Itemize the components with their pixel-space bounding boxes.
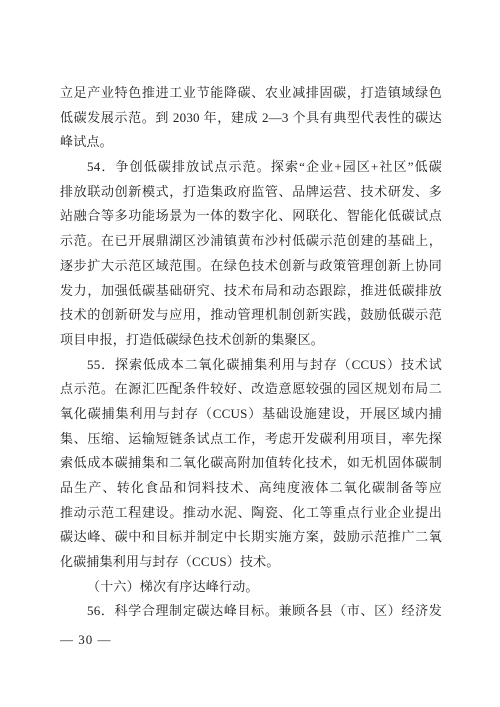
paragraph-line: 集、压缩、运输短链条试点工作，考虑开发碳利用项目，率先探	[60, 427, 442, 452]
item-56-first-line: 56．科学合理制定碳达峰目标。兼顾各县（市、区）经济发	[60, 599, 442, 624]
paragraph-line: 低碳发展示范。到 2030 年，建成 2—3 个具有典型代表性的碳达	[60, 106, 442, 131]
paragraph-line: 氧化碳捕集利用与封存（CCUS）基础设施建设，开展区域内捕	[60, 402, 442, 427]
paragraph-line: 索低成本碳捕集和二氧化碳高附加值转化技术，如无机固体碳制	[60, 451, 442, 476]
paragraph-line: 推动示范工程建设。推动水泥、陶瓷、化工等重点行业企业提出	[60, 501, 442, 526]
paragraph-line: 排放联动创新模式，打造集政府监管、品牌运营、技术研发、多	[60, 180, 442, 205]
paragraph-line: 峰试点。	[60, 130, 442, 155]
document-page: 立足产业特色推进工业节能降碳、农业减排固碳，打造镇域绿色 低碳发展示范。到 20…	[0, 0, 500, 707]
item-55-first-line: 55．探索低成本二氧化碳捕集利用与封存（CCUS）技术试	[60, 353, 442, 378]
paragraph-line: 站融合等多功能场景为一体的数字化、网联化、智能化低碳试点	[60, 204, 442, 229]
paragraph-line: 发力，加强低碳基础研究、技术布局和动态跟踪，推进低碳排放	[60, 279, 442, 304]
paragraph-line: 逐步扩大示范区域范围。在绿色技术创新与政策管理创新上协同	[60, 254, 442, 279]
section-heading-line: （十六）梯次有序达峰行动。	[60, 575, 442, 600]
paragraph-line: 技术的创新研发与应用，推动管理机制创新实践，鼓励低碳示范	[60, 303, 442, 328]
paragraph-line: 立足产业特色推进工业节能降碳、农业减排固碳，打造镇域绿色	[60, 81, 442, 106]
paragraph-line: 项目申报，打造低碳绿色技术创新的集聚区。	[60, 328, 442, 353]
paragraph-line: 化碳捕集利用与封存（CCUS）技术。	[60, 550, 442, 575]
paragraph-line: 品生产、转化食品和饲料技术、高纯度液体二氧化碳制备等应用，	[60, 476, 442, 501]
paragraph-line: 点示范。在源汇匹配条件较好、改造意愿较强的园区规划布局二	[60, 377, 442, 402]
paragraph-line: 示范。在已开展鼎湖区沙浦镇黄布沙村低碳示范创建的基础上，	[60, 229, 442, 254]
paragraph-line: 碳达峰、碳中和目标并制定中长期实施方案，鼓励示范推广二氧	[60, 525, 442, 550]
item-54-first-line: 54．争创低碳排放试点示范。探索“企业+园区+社区”低碳	[60, 155, 442, 180]
page-number: — 30 —	[60, 631, 112, 648]
document-text-block: 立足产业特色推进工业节能降碳、农业减排固碳，打造镇域绿色 低碳发展示范。到 20…	[60, 81, 442, 624]
